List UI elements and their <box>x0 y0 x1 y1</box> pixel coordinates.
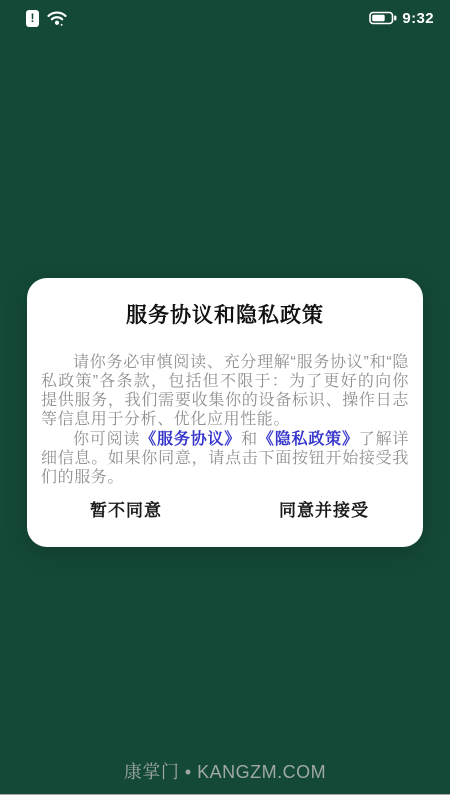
bottom-nav-strip <box>0 794 450 800</box>
service-agreement-link[interactable]: 《服务协议》 <box>140 431 241 448</box>
privacy-policy-link[interactable]: 《隐私政策》 <box>258 431 359 448</box>
dialog-button-row: 暂不同意 同意并接受 <box>27 488 423 529</box>
footer-brand: 康掌门 • KANGZM.COM <box>0 758 450 784</box>
splash-screen: ! 9:32 服务协议和隐私政策 请你务必审慎阅读、充分理解“服务协议”和“隐私… <box>0 0 450 800</box>
dialog-paragraph-1: 请你务必审慎阅读、充分理解“服务协议”和“隐私政策”各条款，包括但不限于：为了更… <box>41 353 409 429</box>
status-time: 9:32 <box>402 10 434 27</box>
battery-icon <box>369 11 397 25</box>
paragraph2-text-before: 你可阅读 <box>73 431 140 448</box>
status-bar-left: ! <box>26 10 67 27</box>
disagree-button[interactable]: 暂不同意 <box>27 488 225 529</box>
agree-button[interactable]: 同意并接受 <box>225 488 423 529</box>
dialog-paragraph-2: 你可阅读《服务协议》和《隐私政策》了解详细信息。如果你同意，请点击下面按钮开始接… <box>41 430 409 487</box>
status-bar-right: 9:32 <box>369 10 434 27</box>
wifi-icon <box>47 10 67 26</box>
status-bar: ! 9:32 <box>0 0 450 34</box>
privacy-policy-dialog: 服务协议和隐私政策 请你务必审慎阅读、充分理解“服务协议”和“隐私政策”各条款，… <box>27 278 423 547</box>
sim-alert-icon: ! <box>26 10 39 27</box>
paragraph2-text-middle: 和 <box>241 431 258 448</box>
dialog-title: 服务协议和隐私政策 <box>41 299 409 329</box>
